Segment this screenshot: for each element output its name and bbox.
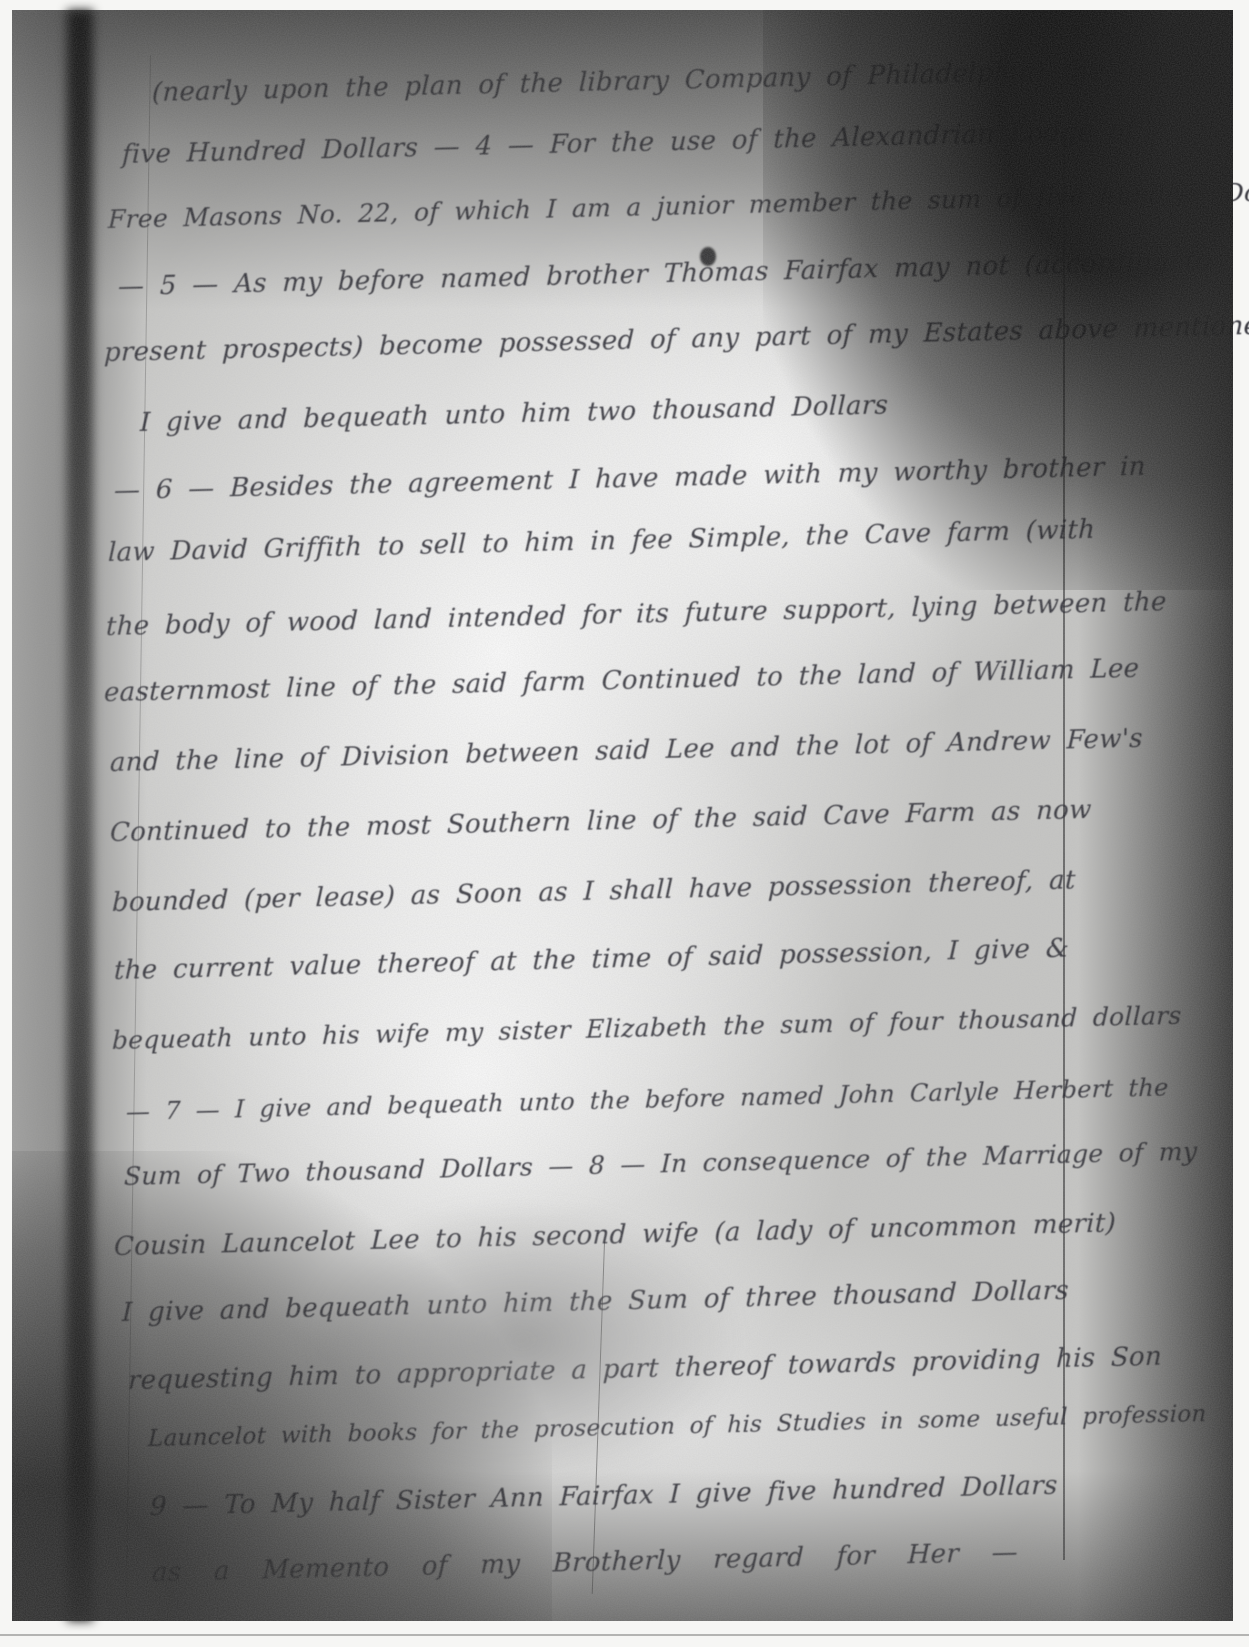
scanned-document-page: (nearly upon the plan of the library Com… bbox=[0, 0, 1249, 1647]
book-gutter-shadow bbox=[67, 10, 93, 1621]
scan-shadow-top-right bbox=[763, 10, 1233, 590]
scanner-edge-line bbox=[0, 1634, 1249, 1636]
scan-shadow-left bbox=[12, 10, 147, 1621]
